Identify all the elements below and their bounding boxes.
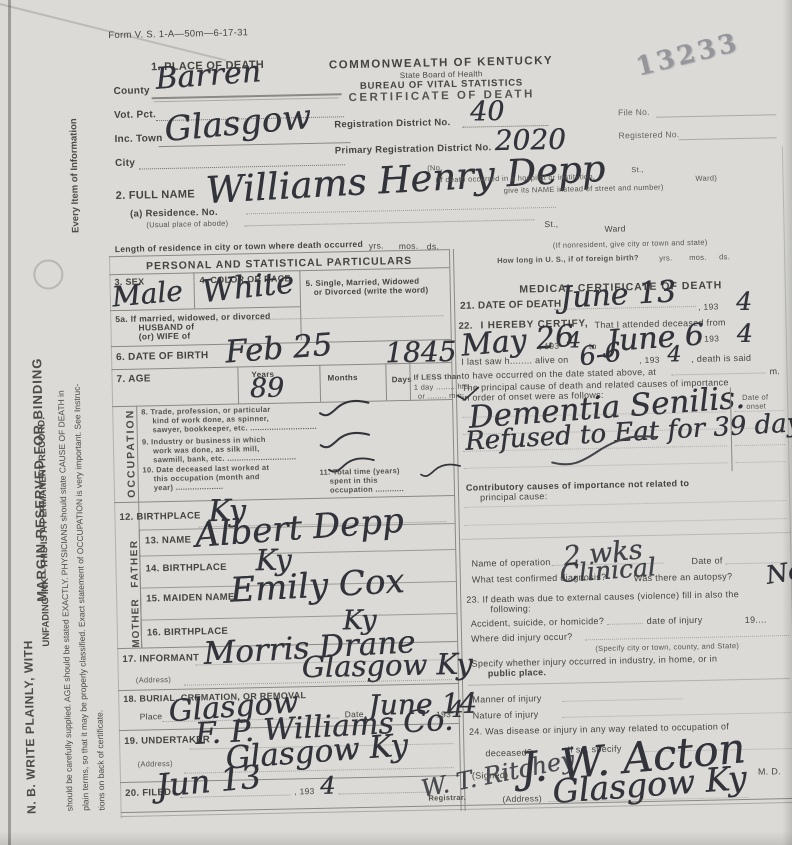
margin-note-line4: should be carefully supplied. AGE should…: [56, 390, 75, 811]
married-line: [248, 315, 443, 320]
county-value: Barren: [154, 54, 262, 97]
to-year-value: 4: [736, 319, 753, 348]
filed-year-printed: , 193: [294, 786, 315, 796]
age-col-divider1: [237, 367, 239, 404]
file-number-stamp: 13233: [633, 28, 743, 83]
date-of-death-value: June 13: [559, 274, 677, 315]
accident-line: [607, 623, 643, 625]
last-worked-label3: year) ....................: [154, 482, 224, 492]
cell-divider-sex: [193, 272, 195, 308]
father-name-label: 13. NAME: [145, 535, 191, 547]
checkmark-icon: [319, 431, 371, 452]
nature-line: [563, 712, 791, 718]
file-no-label: File No.: [618, 107, 650, 118]
m-label: m.: [769, 366, 780, 376]
st-label: St.,: [544, 219, 558, 229]
married-to-label3: (or) WIFE of: [139, 331, 191, 342]
total-time-label3: occupation ............: [330, 484, 404, 495]
age-col-divider2: [319, 365, 321, 402]
manner-line: [562, 698, 682, 702]
row-rule-16: [141, 613, 457, 621]
yrs2-label: yrs.: [659, 253, 672, 262]
specify-industry-label2: public place.: [488, 667, 547, 678]
dod-year-printed: , 193: [698, 301, 719, 311]
to-year-printed: , 193: [699, 333, 720, 343]
hospital-note-st: St.,: [631, 165, 644, 174]
mother-maiden-value: Emily Cox: [229, 561, 405, 611]
hospital-note-ward: Ward): [695, 173, 717, 182]
file-no-line: [656, 114, 776, 118]
father-birthplace-label: 14. BIRTHPLACE: [145, 562, 226, 575]
registration-district-value: 40: [470, 96, 505, 128]
yrs-label: yrs.: [369, 240, 384, 250]
checkmark-icon: [419, 463, 461, 480]
injury-rule: [468, 678, 790, 686]
margin-binding-note: MARGIN RESERVED FOR BINDING: [29, 357, 49, 601]
residence-line: [244, 219, 534, 226]
last-saw-year-printed: , 193: [639, 355, 660, 365]
full-name-label: 2. FULL NAME: [116, 188, 195, 202]
informant-label: 17. INFORMANT: [122, 652, 199, 665]
residence-label: (a) Residence. No.: [130, 207, 218, 220]
age-years-value: 89: [249, 373, 284, 405]
mos2-label: mos.: [689, 253, 707, 262]
water-spot-artifact: [33, 259, 64, 290]
registrar-label: Registrar.: [428, 793, 466, 803]
specify-city-note: (Specify city or town, county, and State…: [595, 641, 739, 653]
where-injury-line: [585, 635, 789, 640]
abode-label: (Usual place of abode): [146, 219, 228, 230]
sex-value: Male: [110, 274, 184, 313]
injury-year-label: 19....: [745, 615, 767, 625]
date-of-injury-label: date of injury: [647, 615, 703, 626]
onset-line4: [735, 461, 785, 463]
row-rule-14: [139, 549, 455, 557]
registration-district-label: Registration District No.: [334, 117, 450, 130]
dob-label: 6. DATE OF BIRTH: [116, 350, 209, 363]
date-of-operation-label: Date of: [691, 555, 722, 566]
birthplace-label: 12. BIRTHPLACE: [119, 510, 200, 523]
form-number: Form V. S. 1-A—50m—6-17-31: [108, 27, 248, 41]
scanned-certificate-page: N. B. WRITE PLAINLY, WITH UNFADING INK—T…: [0, 0, 792, 845]
from-year-printed: , 193: [539, 341, 560, 351]
nonresident-note: (If nonresident, give city or town and s…: [553, 238, 708, 250]
city-label: City: [115, 158, 135, 169]
margin-note-line3: Every Item of Information: [68, 118, 81, 233]
margin-note-line6: tions on back of certificate.: [94, 710, 106, 811]
onset-line3: [735, 444, 785, 446]
death-said-label: , death is said: [691, 353, 751, 364]
marital-label-line2: or Divorced (write the word): [314, 286, 429, 297]
checkmark-icon: [318, 399, 370, 420]
physician-address-label: (Address): [502, 793, 542, 804]
date-of-onset-label2: onset: [746, 401, 766, 410]
informant-address-label: (Address): [136, 675, 171, 685]
date-of-death-label: 21. DATE OF DEATH: [460, 299, 562, 312]
ward-label: Ward: [604, 223, 625, 233]
last-saw-label: I last saw h........ alive on: [461, 355, 568, 367]
howlong-us-label: How long in U. S., if of foreign birth?: [497, 253, 639, 265]
ds2-label: ds.: [719, 252, 730, 261]
dob-year-value: 1845: [385, 335, 457, 369]
certificate-content: N. B. WRITE PLAINLY, WITH UNFADING INK—T…: [0, 0, 792, 845]
vot-pct-label: Vot. Pct.: [114, 109, 156, 121]
operation-label: Name of operation: [471, 557, 550, 569]
nature-of-injury-label: Nature of injury: [473, 709, 539, 720]
signed-label: (Signed): [472, 770, 509, 781]
margin-note-line5: plain terms, so that it may be properly …: [72, 384, 91, 811]
registered-no-label: Registered No.: [618, 129, 679, 140]
contributory-line2: [465, 518, 787, 526]
hospital-note-line2: give its NAME instead of street and numb…: [504, 183, 664, 195]
page-left-edge: [8, 0, 11, 845]
autopsy-label: Was there an autopsy?: [634, 571, 733, 583]
contributory-label1: Contributory causes of importance not re…: [466, 478, 690, 493]
filed-year-value: 4: [320, 772, 336, 800]
accident-label: Accident, suicide, or homicide?: [471, 616, 605, 629]
last-saw-year-value: 4: [667, 342, 682, 367]
age-months-header: Months: [327, 373, 357, 383]
filed-date-value: Jun 13: [154, 758, 262, 805]
full-name-line: [246, 207, 556, 214]
mother-inner-divider: [140, 588, 142, 648]
external-causes-label2: following:: [490, 603, 531, 614]
margin-note-start: N. B. WRITE PLAINLY, WITH: [21, 640, 39, 814]
industry-label3: sawmill, bank, etc. ....................…: [153, 452, 296, 464]
burial-place-label: Place: [140, 711, 163, 721]
mother-maiden-label: 15. MAIDEN NAME: [146, 592, 235, 605]
less-than-label1: If LESS than: [413, 372, 461, 382]
where-injury-label: Where did injury occur?: [471, 632, 573, 644]
contributory-label2: principal cause:: [480, 491, 548, 502]
external-causes-label1: 23. If death was due to external causes …: [466, 589, 739, 605]
age-label: 7. AGE: [116, 373, 150, 385]
row-rule-bp12: [114, 495, 454, 503]
inc-town-value: Glasgow: [163, 97, 313, 150]
left-border: [109, 256, 122, 818]
registered-no-line: [679, 137, 777, 140]
inc-town-label: Inc. Town: [114, 133, 162, 145]
filed-line2: [338, 792, 428, 795]
page-right-shadow: [782, 0, 792, 845]
specify-industry-label1: Specify whether injury occurred in indus…: [471, 654, 717, 669]
md-label: M. D.: [758, 766, 781, 776]
manner-of-injury-label: Manner of injury: [472, 693, 542, 704]
county-label: County: [113, 85, 149, 97]
dod-year-value: 4: [736, 287, 753, 316]
occurred-line: [672, 372, 766, 375]
page-bottom-shadow: [0, 831, 792, 845]
